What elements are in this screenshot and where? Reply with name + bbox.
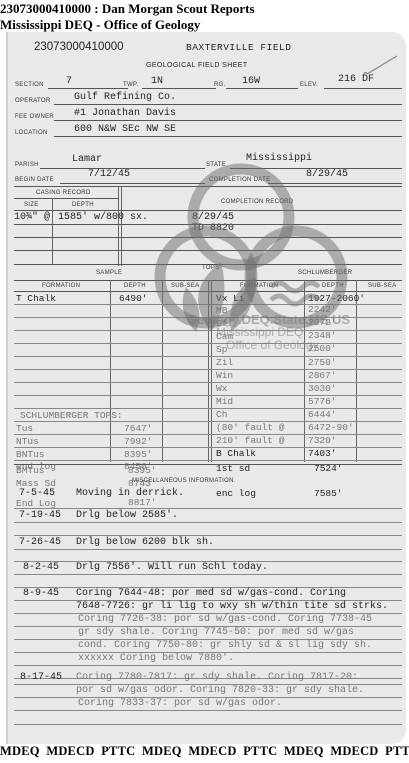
schl-depth: 3030' — [308, 383, 337, 394]
misc-entry: Coring 7726-38: por sd w/gas-cond. Corin… — [78, 614, 372, 625]
schl-formation: Win — [216, 370, 233, 381]
completion-date-label: COMPLETION DATE — [209, 177, 270, 183]
schl-formation: (80' fault @ — [216, 422, 284, 433]
casing-depth-value: 1585' w/800 sx. — [58, 212, 148, 223]
schlumberger-label: SCHLUMBERGER — [298, 270, 352, 276]
sample-top-formation: T Chalk — [16, 293, 56, 304]
state-value: Mississippi — [246, 153, 312, 164]
schl-formation: Mid — [216, 396, 233, 407]
misc-entry: cond. Coring 7750-80: gr shly sd & sl li… — [78, 640, 372, 651]
tops-label: TOPS — [202, 265, 219, 271]
misc-entry: Coring 7833-37: por sd w/gas odor. — [78, 698, 282, 709]
begin-date-value: 7/12/45 — [88, 169, 130, 180]
schl-depth: 2867' — [308, 370, 337, 381]
scout-card: 23073000410000 BAXTERVILLE FIELD GEOLOGI… — [6, 32, 406, 744]
fee-owner-label: FEE OWNER — [15, 114, 54, 120]
schl-depth: 7585' — [314, 488, 343, 499]
schl-formation: 210' fault @ — [216, 435, 284, 446]
parish-value: Lamar — [72, 154, 102, 165]
misc-date: 7-26-45 — [19, 537, 61, 548]
report-title: 23073000410000 : Dan Morgan Scout Report… — [0, 1, 255, 17]
sample-top-depth: 6490' — [119, 293, 148, 304]
schl-formation: Sp — [216, 344, 227, 355]
api-number: 23073000410000 — [34, 41, 124, 53]
section-value: 7 — [66, 76, 72, 87]
left-schl-formation: NTus — [16, 436, 39, 447]
schl-formation: Wx — [216, 383, 227, 394]
misc-entry: Drlg below 2585'. — [76, 510, 178, 521]
misc-info-label: MISCELLANEOUS INFORMATION — [132, 478, 234, 484]
completion-date-value: 8/29/45 — [306, 169, 348, 180]
completion-line-1: 8/29/45 — [192, 212, 234, 223]
twp-value: 1N — [151, 76, 163, 87]
location-label: LOCATION — [15, 130, 48, 136]
elev-label: ELEV. — [300, 82, 318, 88]
rg-value: 16W — [242, 76, 260, 87]
sample-formation-header: FORMATION — [42, 283, 80, 289]
twp-label: TWP. — [123, 82, 138, 88]
schl-depth: 2500' — [308, 343, 337, 354]
state-label: STATE — [206, 162, 226, 168]
schl-formation: enc log — [216, 488, 256, 499]
sample-label: SAMPLE — [96, 270, 122, 276]
schl-subsea-header: SUB-SEA — [368, 283, 396, 289]
location-value: 600 N&W SEc NW SE — [74, 124, 176, 135]
operator-value: Gulf Refining Co. — [74, 92, 176, 103]
casing-record-label: CASING RECORD — [36, 190, 91, 196]
left-schl-depth: 8395' — [124, 449, 153, 460]
misc-date: 8-2-45 — [23, 562, 59, 573]
schl-tops-heading: SCHLUMBERGER TOPS: — [20, 410, 123, 421]
left-extra-depth: 8817' — [128, 497, 157, 508]
casing-depth-header: DEPTH — [72, 202, 94, 208]
sheet-title: GEOLOGICAL FIELD SHEET — [146, 62, 248, 69]
schl-depth: 6472-90' — [308, 422, 354, 433]
schl-formation: 1st sd — [216, 463, 250, 474]
parish-label: PARISH — [15, 162, 39, 168]
schl-formation: Zil — [216, 357, 233, 368]
schl-depth-header: DEPTH — [322, 283, 344, 289]
schl-depth: 2750' — [308, 357, 337, 368]
left-extra-depth: 8395' — [128, 465, 157, 476]
casing-size-header: SIZE — [24, 202, 39, 208]
misc-entry: Drlg below 6200 blk sh. — [76, 537, 214, 548]
schl-depth: 1927-2060' — [308, 293, 365, 304]
left-schl-depth: 7992' — [124, 436, 153, 447]
report-subtitle: Mississippi DEQ - Office of Geology — [0, 17, 200, 33]
schl-depth: 6444' — [308, 409, 337, 420]
fee-owner-value: #1 Jonathan Davis — [74, 108, 176, 119]
misc-entry: Drlg 7556'. Will run Schl today. — [76, 562, 268, 573]
schl-formation-header: FORMATION — [240, 283, 278, 289]
footer-sponsors: MDEQ MDECD PTTC MDEQ MDECD PTTC MDEQ MDE… — [0, 744, 409, 759]
schl-depth: 2272' — [308, 317, 337, 328]
misc-entry: Coring 7780-7817: gr sdy shale. Coring 7… — [76, 672, 358, 683]
elev-value: 216 DF — [338, 74, 374, 85]
misc-entry: gr sdy shale. Coring 7745-50: por med sd… — [78, 627, 354, 638]
misc-date: 7-19-45 — [19, 510, 61, 521]
begin-date-label: BEGIN DATE — [15, 177, 54, 183]
left-schl-formation: Tus — [16, 423, 33, 434]
misc-date: 8-17-45 — [20, 672, 62, 683]
schl-depth: 5776' — [308, 396, 337, 407]
operator-label: OPERATOR — [15, 98, 51, 104]
schl-depth: 7524' — [314, 463, 343, 474]
misc-entry: por sd w/gas odor. Coring 7820-33: gr sd… — [76, 685, 364, 696]
casing-size-value: 10¾" @ — [14, 212, 50, 223]
schl-depth: 7320' — [308, 435, 337, 446]
misc-entry: Coring 7644-48: por med sd w/gas-cond. C… — [76, 588, 346, 599]
schl-formation: Cam — [216, 331, 233, 342]
misc-date: 8-9-45 — [23, 588, 59, 599]
schl-formation: Vx Li — [216, 293, 245, 304]
schl-formation: Cf — [216, 318, 227, 329]
section-label: SECTION — [15, 82, 44, 88]
rg-label: RG. — [214, 82, 226, 88]
misc-entry: xxxxxx Coring below 7880'. — [78, 653, 234, 664]
sample-subsea-header: SUB-SEA — [171, 283, 199, 289]
field-name: BAXTERVILLE FIELD — [186, 42, 291, 53]
schl-formation: MB — [216, 305, 227, 316]
schl-depth: 7403' — [308, 448, 337, 459]
schl-formation: Ch — [216, 409, 227, 420]
sample-depth-header: DEPTH — [124, 283, 146, 289]
completion-record-label: COMPLETION RECORD — [221, 199, 293, 205]
left-schl-depth: 7647' — [124, 423, 153, 434]
left-schl-formation: BNTus — [16, 449, 45, 460]
left-extra-formation: BMTus — [16, 465, 45, 476]
schl-formation: B Chalk — [216, 448, 256, 459]
schl-depth: 2348' — [308, 330, 337, 341]
schl-depth: 2242' — [308, 304, 337, 315]
misc-entry: 7648-7726: gr li lig to wxy sh w/thin ti… — [76, 601, 388, 612]
